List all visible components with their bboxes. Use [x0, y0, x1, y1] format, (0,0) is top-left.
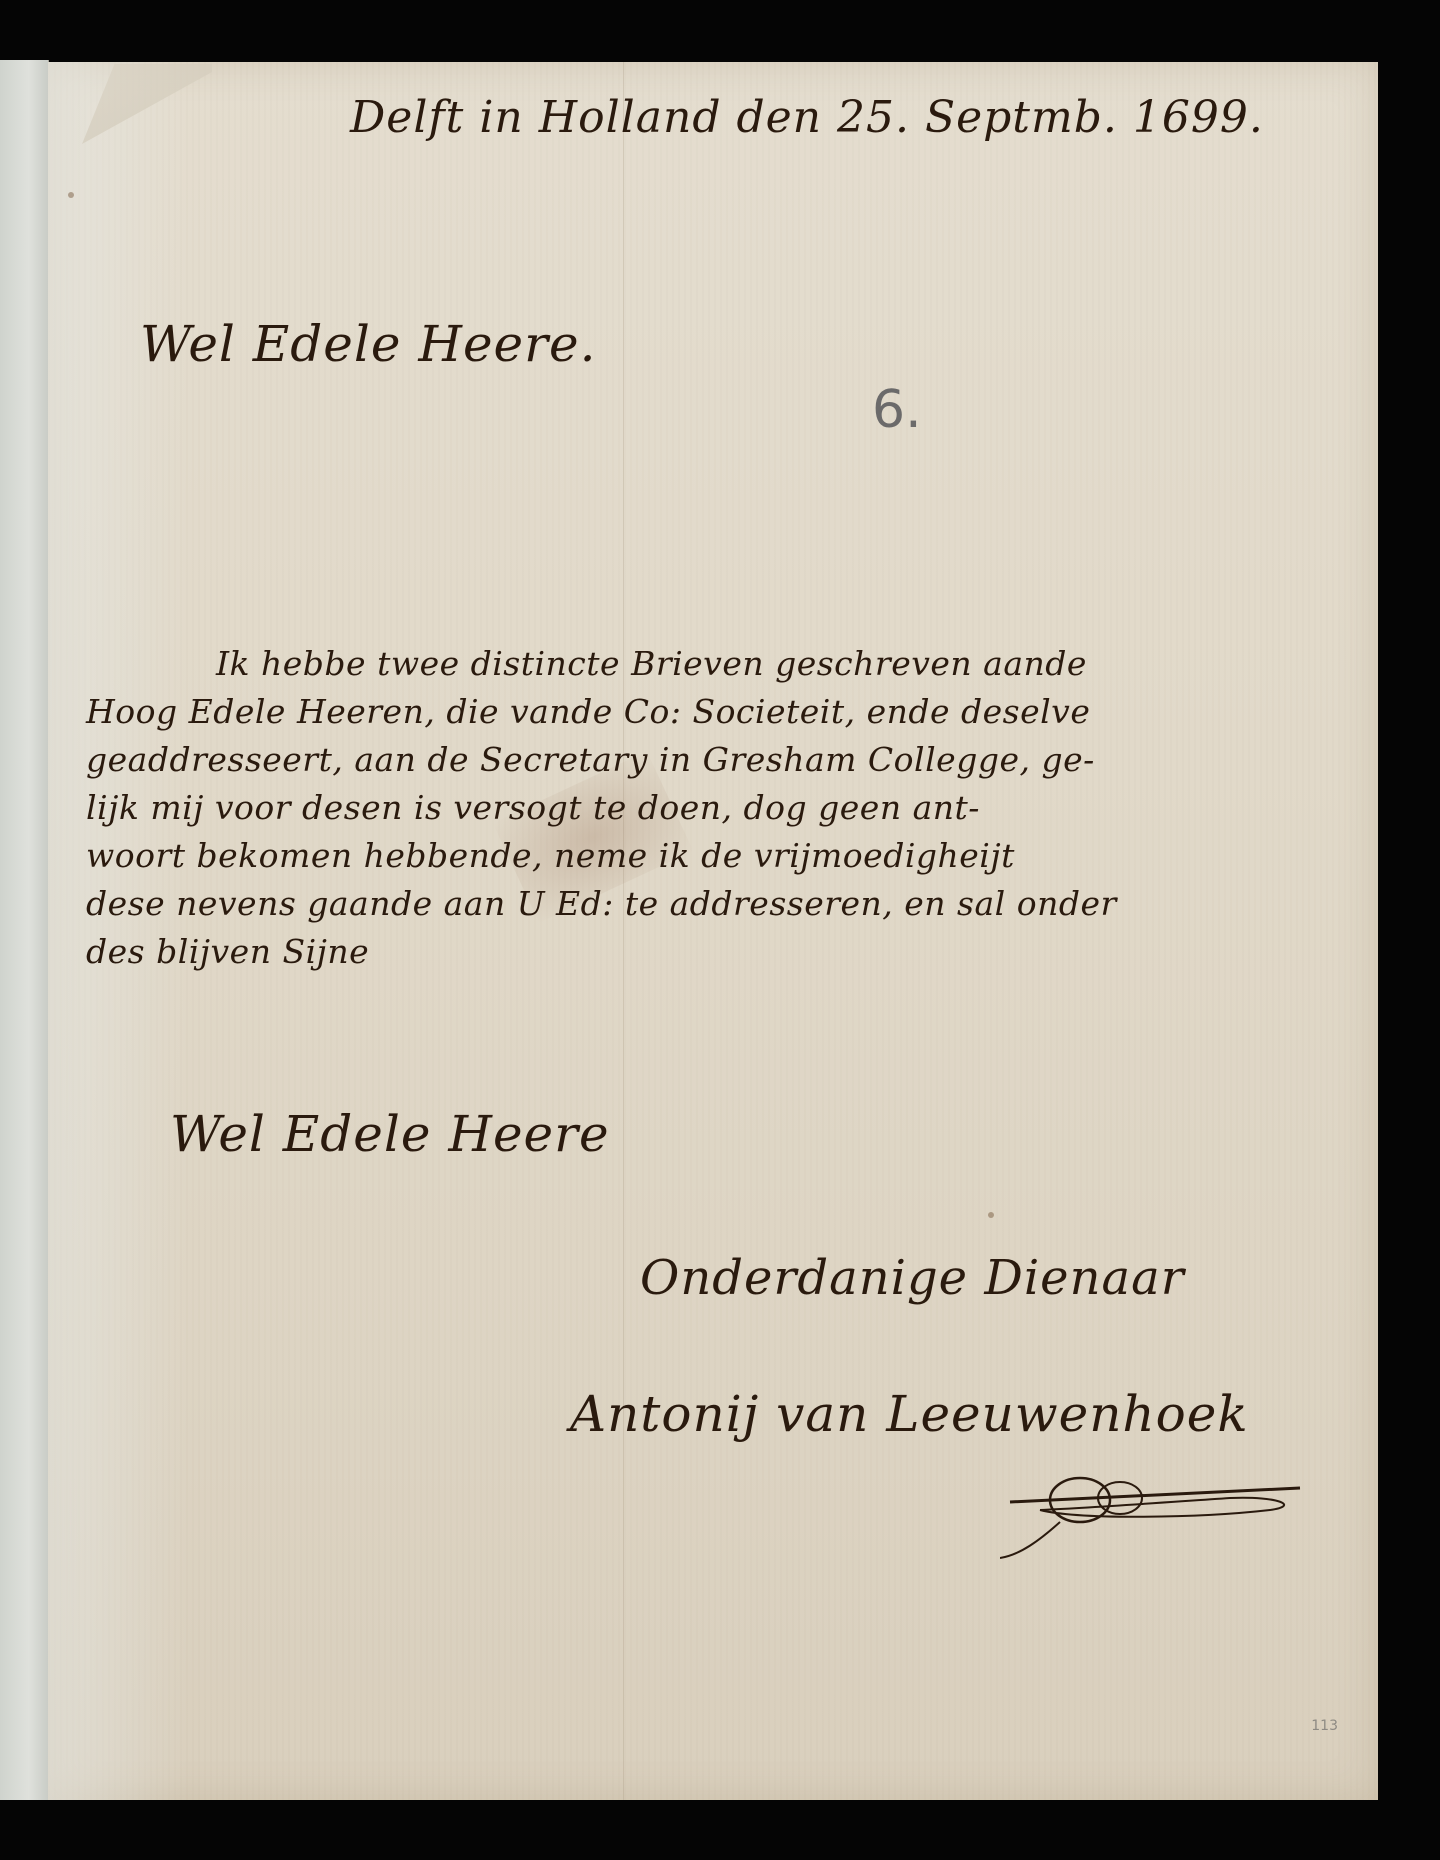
servant-line: Onderdanige Dienaar [640, 1250, 1185, 1306]
body-line: woort bekomen hebbende, neme ik de vrijm… [86, 832, 1366, 880]
signature-flourish-icon [1000, 1460, 1320, 1560]
body-line: Hoog Edele Heeren, die vande Co: Societe… [86, 688, 1366, 736]
letter-body: Ik hebbe twee distincte Brieven geschrev… [86, 640, 1366, 976]
ink-spot [988, 1212, 994, 1218]
body-line: dese nevens gaande aan U Ed: te addresse… [86, 880, 1366, 928]
ink-spot [68, 192, 74, 198]
salutation: Wel Edele Heere. [140, 315, 597, 373]
body-line: des blijven Sijne [86, 928, 1366, 976]
closing-salutation: Wel Edele Heere [170, 1105, 610, 1163]
body-line: lijk mij voor desen is versogt te doen, … [86, 784, 1366, 832]
folio-number: 6. [872, 380, 922, 440]
pencil-annotation: 113 [1311, 1718, 1338, 1734]
signature: Antonij van Leeuwenhoek [570, 1385, 1249, 1443]
adjacent-leaf-edge [0, 60, 49, 1800]
corner-fold [82, 64, 212, 144]
body-line: Ik hebbe twee distincte Brieven geschrev… [86, 640, 1366, 688]
dateline: Delft in Holland den 25. Septmb. 1699. [350, 92, 1264, 143]
body-line: geaddresseert, aan de Secretary in Gresh… [86, 736, 1366, 784]
